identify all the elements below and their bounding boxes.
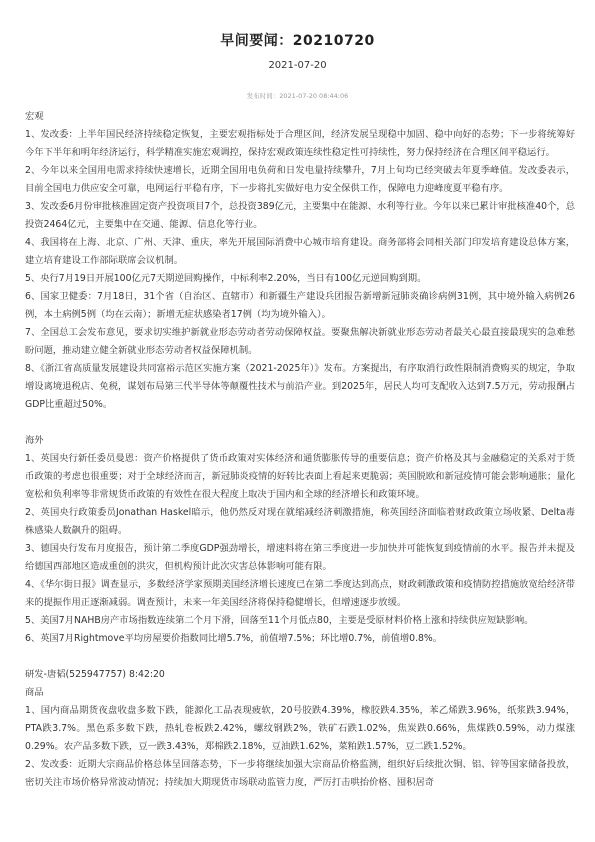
section-spacer: [25, 648, 575, 666]
section-heading-overseas: 海外: [25, 432, 575, 450]
section-spacer: [25, 414, 575, 432]
document-title: 早间要闻：20210720: [0, 30, 595, 50]
section-heading-macro: 宏观: [25, 108, 575, 126]
overseas-item-3: 3、德国央行发布月度报告，预计第二季度GDP强劲增长，增速料将在第三季度进一步加…: [25, 540, 575, 576]
publish-time: 发布时间：2021-07-20 08:44:06: [0, 91, 595, 100]
overseas-item-4: 4、《华尔街日报》调查显示，多数经济学家预期美国经济增长速度已在第二季度达到高点…: [25, 576, 575, 612]
macro-item-7: 7、全国总工会发布意见，要求切实维护新就业形态劳动者劳动保障权益。要聚焦解决新就…: [25, 324, 575, 360]
article-body: 宏观 1、发改委：上半年国民经济持续稳定恢复，主要宏观指标处于合理区间，经济发展…: [25, 108, 575, 792]
section-heading-commodities: 商品: [25, 684, 575, 702]
macro-item-4: 4、我国将在上海、北京、广州、天津、重庆，率先开展国际消费中心城市培育建设。商务…: [25, 234, 575, 270]
macro-item-3: 3、发改委6月份审批核准固定资产投资项目7个，总投资389亿元，主要集中在能源、…: [25, 198, 575, 234]
overseas-item-6: 6、英国7月Rightmove平均房屋要价指数同比增5.7%，前值增7.5%；环…: [25, 630, 575, 648]
author-line: 研发-唐韬(525947757) 8:42:20: [25, 666, 575, 684]
overseas-item-1: 1、英国央行新任委员曼恩：资产价格提供了货币政策对实体经济和通货膨胀传导的重要信…: [25, 450, 575, 504]
macro-item-1: 1、发改委：上半年国民经济持续稳定恢复，主要宏观指标处于合理区间，经济发展呈现稳…: [25, 126, 575, 162]
commodities-item-1: 1、国内商品期货夜盘收盘多数下跌，能源化工品表现疲软，20号胶跌4.39%，橡胶…: [25, 702, 575, 756]
document-date: 2021-07-20: [0, 60, 595, 71]
overseas-item-5: 5、美国7月NAHB房产市场指数连续第二个月下滑，回落至11个月低点80，主要是…: [25, 612, 575, 630]
commodities-item-2: 2、发改委：近期大宗商品价格总体呈回落态势，下一步将继续加强大宗商品价格监测，组…: [25, 756, 575, 792]
macro-item-6: 6、国家卫健委：7月18日，31个省（自治区、直辖市）和新疆生产建设兵团报告新增…: [25, 288, 575, 324]
macro-item-8: 8、《浙江省高质量发展建设共同富裕示范区实施方案（2021-2025年）》发布。…: [25, 360, 575, 414]
macro-item-2: 2、今年以来全国用电需求持续快速增长，近期全国用电负荷和日发电量持续攀升，7月上…: [25, 162, 575, 198]
overseas-item-2: 2、英国央行政策委员Jonathan Haskel暗示，他仍然反对现在就缩减经济…: [25, 504, 575, 540]
macro-item-5: 5、央行7月19日开展100亿元7天期逆回购操作，中标利率2.20%，当日有10…: [25, 270, 575, 288]
